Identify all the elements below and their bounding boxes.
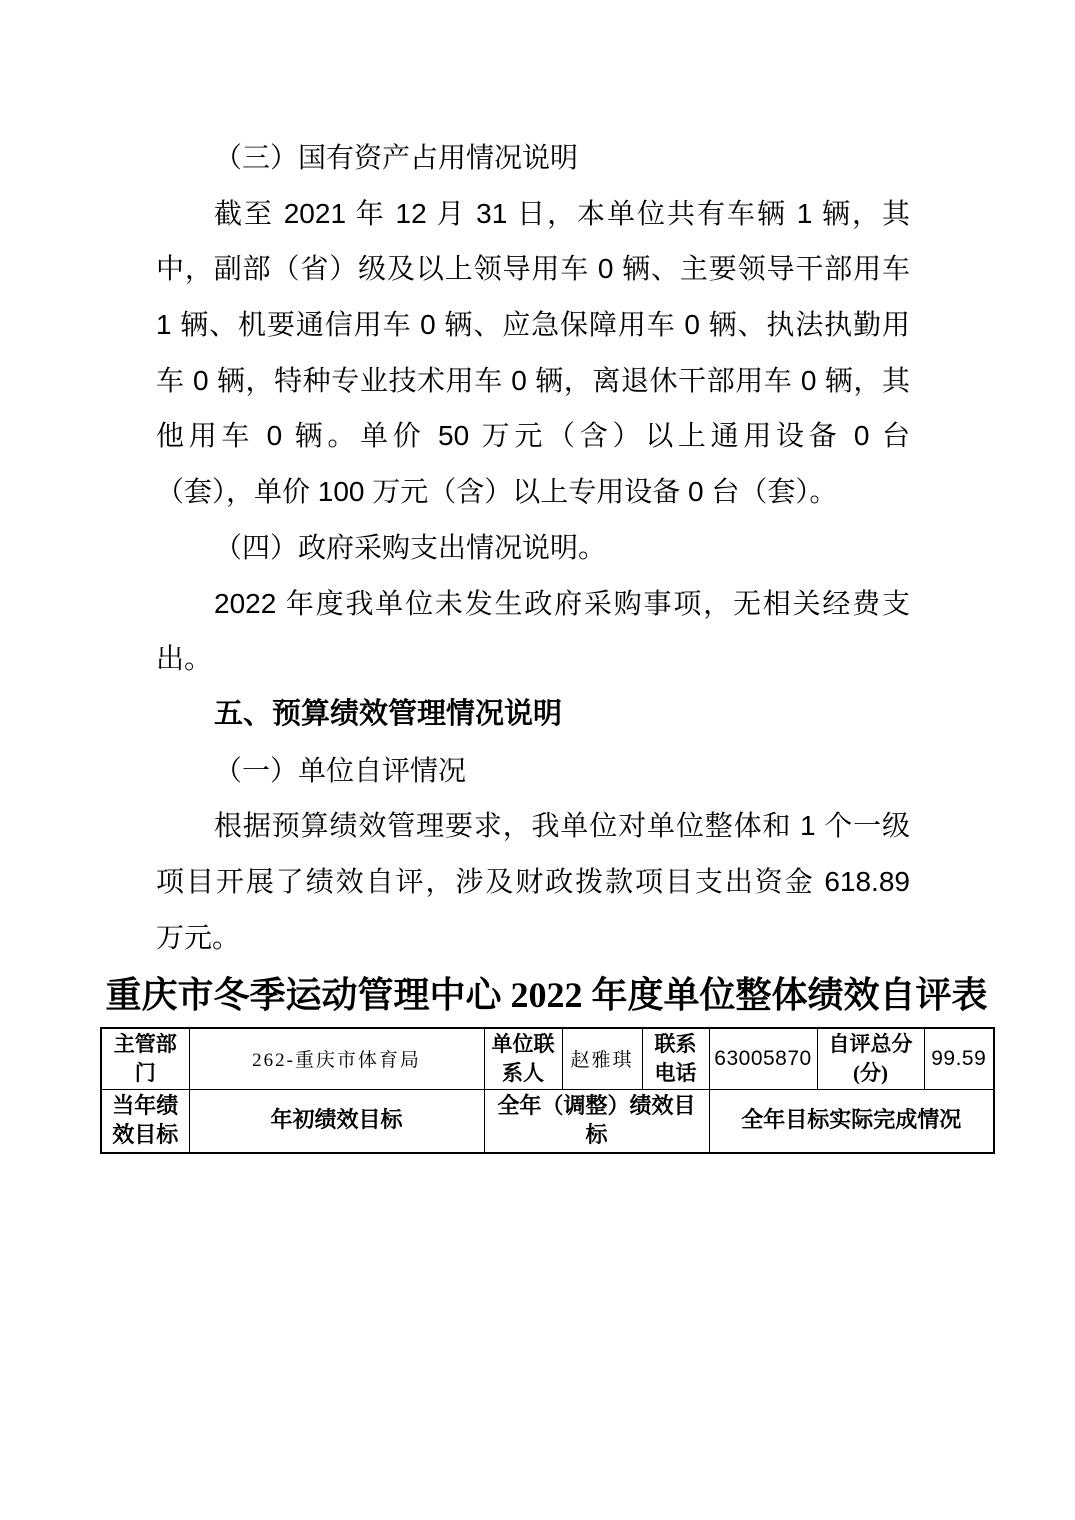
cell-supervisor-dept-value: 262-重庆市体育局: [189, 1028, 484, 1089]
document-body: （三）国有资产占用情况说明 截至 2021 年 12 月 31 日，本单位共有车…: [156, 130, 910, 965]
doc-line: 1 辆、机要通信用车 0 辆、应急保障用车 0 辆、执法执勤用: [156, 297, 910, 353]
cell-supervisor-dept-label: 主管部 门: [101, 1028, 189, 1089]
cell-annual-goal-label: 当年绩 效目标: [101, 1089, 189, 1153]
section-heading-3: （三）国有资产占用情况说明: [156, 130, 910, 186]
section-heading-5: 五、预算绩效管理情况说明: [156, 687, 910, 743]
doc-line: 根据预算绩效管理要求，我单位对单位整体和 1 个一级: [156, 798, 910, 854]
doc-line: 出。: [156, 631, 910, 687]
table-title: 重庆市冬季运动管理中心 2022 年度单位整体绩效自评表: [100, 970, 993, 1020]
cell-self-score-value: 99.59: [924, 1028, 994, 1089]
cell-contact-phone-value: 63005870: [709, 1028, 817, 1089]
document-page: （三）国有资产占用情况说明 截至 2021 年 12 月 31 日，本单位共有车…: [0, 0, 1075, 1520]
doc-line: 中，副部（省）级及以上领导用车 0 辆、主要领导干部用车: [156, 241, 910, 297]
section-heading-4: （四）政府采购支出情况说明。: [156, 520, 910, 576]
table-row: 主管部 门 262-重庆市体育局 单位联 系人 赵雅琪 联系 电话 630058…: [101, 1028, 994, 1089]
cell-contact-person-value: 赵雅琪: [562, 1028, 642, 1089]
section-heading-5-1: （一）单位自评情况: [156, 743, 910, 799]
cell-initial-goal-header: 年初绩效目标: [189, 1089, 484, 1153]
doc-line: 项目开展了绩效自评，涉及财政拨款项目支出资金 618.89: [156, 854, 910, 910]
cell-contact-phone-label: 联系 电话: [642, 1028, 709, 1089]
cell-completion-header: 全年目标实际完成情况: [709, 1089, 994, 1153]
doc-line: （套），单价 100 万元（含）以上专用设备 0 台（套）。: [156, 464, 910, 520]
doc-line: 截至 2021 年 12 月 31 日，本单位共有车辆 1 辆，其: [156, 186, 910, 242]
doc-line: 车 0 辆，特种专业技术用车 0 辆，离退休干部用车 0 辆，其: [156, 353, 910, 409]
cell-adjusted-goal-header: 全年（调整）绩效目 标: [484, 1089, 709, 1153]
self-evaluation-table: 主管部 门 262-重庆市体育局 单位联 系人 赵雅琪 联系 电话 630058…: [100, 1027, 995, 1154]
doc-line: 他用车 0 辆。单价 50 万元（含）以上通用设备 0 台: [156, 408, 910, 464]
doc-line: 2022 年度我单位未发生政府采购事项，无相关经费支: [156, 576, 910, 632]
doc-line: 万元。: [156, 910, 910, 966]
cell-self-score-label: 自评总分 (分): [817, 1028, 924, 1089]
table-row: 当年绩 效目标 年初绩效目标 全年（调整）绩效目 标 全年目标实际完成情况: [101, 1089, 994, 1153]
cell-contact-person-label: 单位联 系人: [484, 1028, 562, 1089]
